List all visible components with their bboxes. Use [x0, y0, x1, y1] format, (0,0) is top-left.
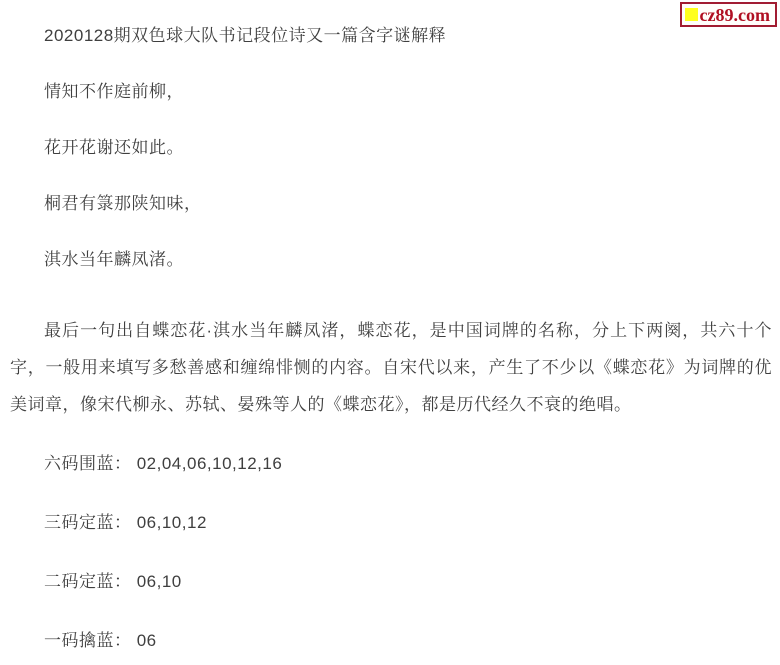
pick-three-blue: 三码定蓝： 06,10,12 — [10, 504, 772, 541]
analysis-paragraph: 最后一句出自蝶恋花·淇水当年麟凤渚，蝶恋花，是中国词牌的名称，分上下两阕，共六十… — [10, 312, 772, 423]
logo-text: cz89.com — [700, 6, 770, 24]
logo-square-icon — [685, 8, 698, 21]
article-title: 2020128期双色球大队书记段位诗又一篇含字谜解释 — [10, 17, 772, 54]
site-logo[interactable]: cz89.com — [680, 2, 777, 27]
pick-six-blue: 六码围蓝： 02,04,06,10,12,16 — [10, 445, 772, 482]
pick-two-blue: 二码定蓝： 06,10 — [10, 563, 772, 600]
pick-one-blue: 一码擒蓝： 06 — [10, 622, 772, 659]
poem-line-4: 淇水当年麟凤渚。 — [10, 241, 772, 278]
article-content: 2020128期双色球大队书记段位诗又一篇含字谜解释 情知不作庭前柳， 花开花谢… — [0, 17, 780, 659]
poem-line-3: 桐君有箓那陕知味， — [10, 185, 772, 222]
poem-line-1: 情知不作庭前柳， — [10, 73, 772, 110]
article-page: cz89.com 2020128期双色球大队书记段位诗又一篇含字谜解释 情知不作… — [0, 0, 780, 665]
poem-line-2: 花开花谢还如此。 — [10, 129, 772, 166]
